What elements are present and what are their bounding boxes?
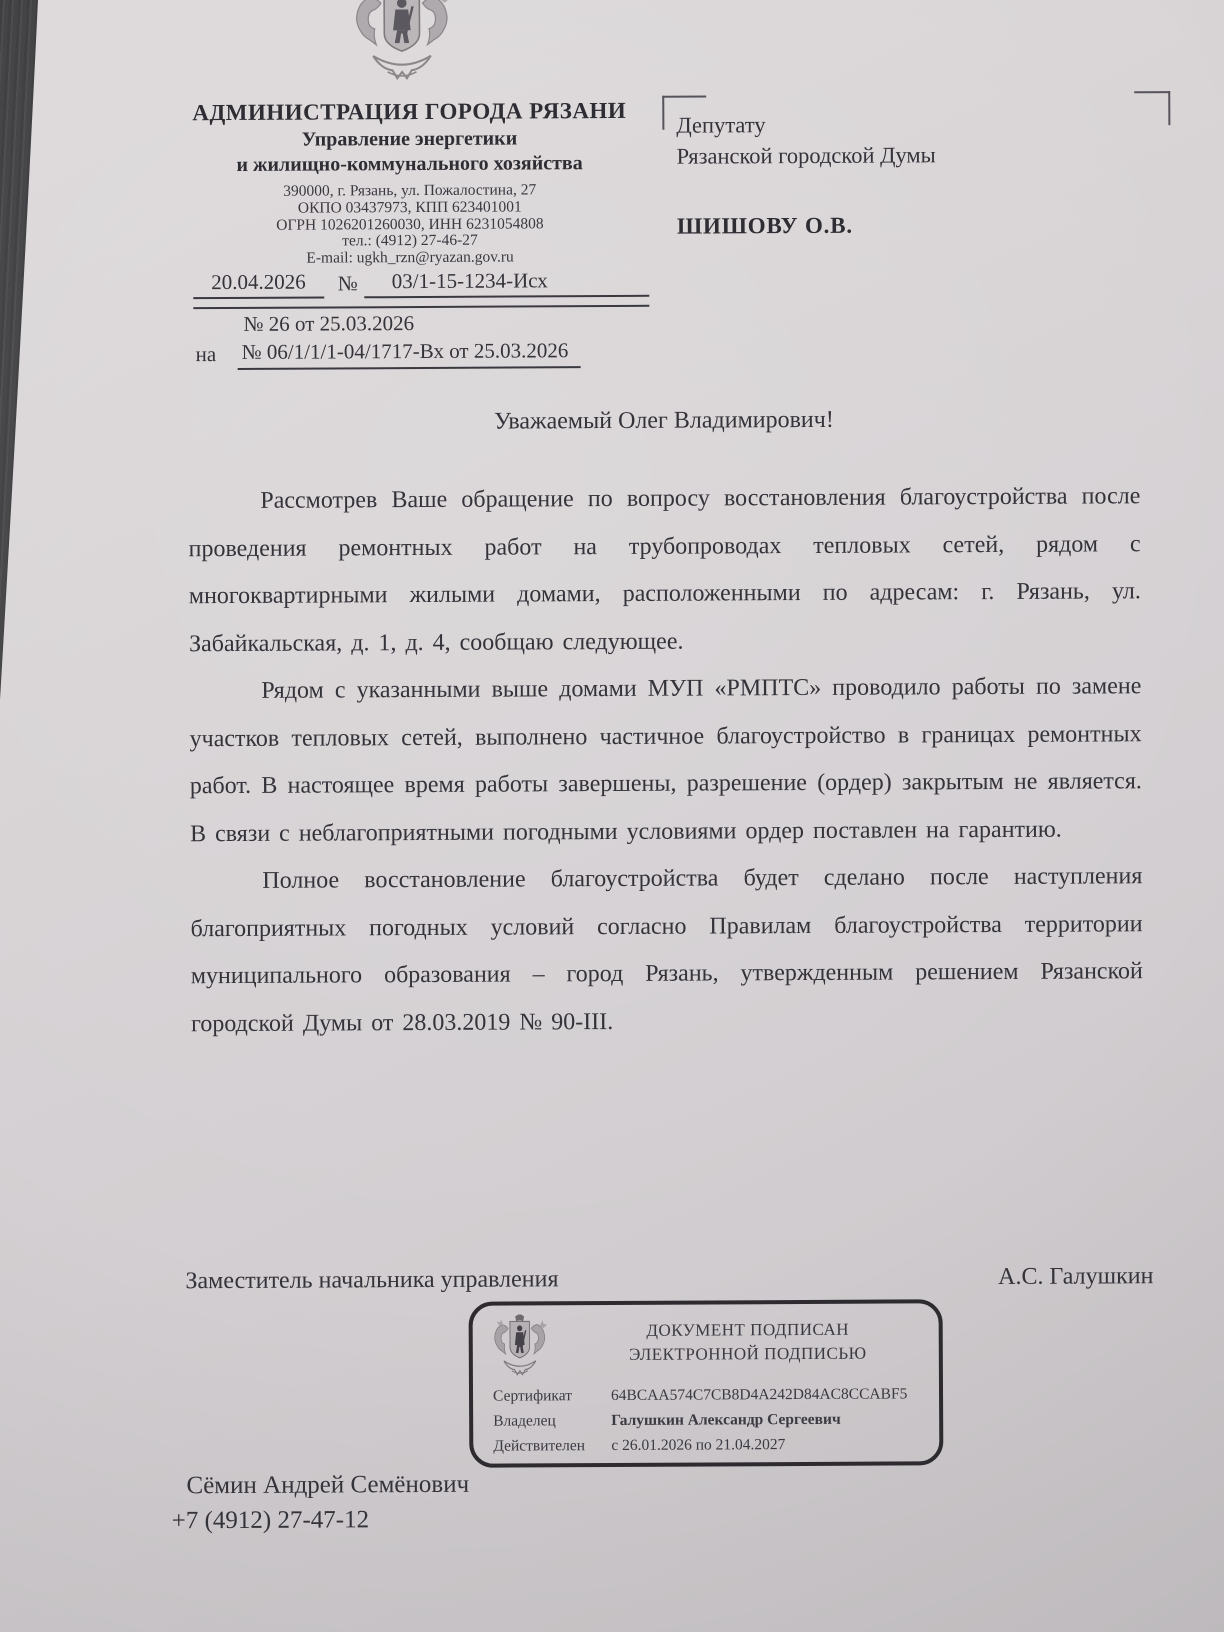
certificate-label: Сертификат (493, 1383, 611, 1409)
stamp-details: Сертификат 64BCAA574C7CB8D4A242D84AC8CCA… (493, 1381, 927, 1458)
reference-row-outgoing: 20.04.2026 № 03/1-15-1234-Исх (193, 268, 649, 299)
executor-phone: +7 (4912) 27-47-12 (172, 1502, 470, 1539)
recipient-block: Депутату Рязанской городской Думы ШИШОВУ… (676, 107, 1097, 239)
validity-value: с 26.01.2026 по 21.04.2027 (611, 1431, 927, 1458)
outgoing-number: 03/1-15-1234-Исх (364, 268, 650, 298)
recipient-name: ШИШОВУ О.В. (677, 211, 1097, 239)
org-name: АДМИНИСТРАЦИЯ ГОРОДА РЯЗАНИ (174, 98, 644, 126)
org-department-line2: и жилищно-коммунального хозяйства (175, 152, 645, 177)
stamp-owner-row: Владелец Галушкин Александр Сергеевич (493, 1406, 927, 1433)
paragraph-2: Рядом с указанными выше домами МУП «РМПТ… (189, 663, 1142, 858)
executor-name: Сёмин Андрей Семёнович (171, 1467, 469, 1504)
signature-row: Заместитель начальника управления А.С. Г… (185, 1263, 1153, 1295)
number-sign-label: № (324, 271, 364, 298)
salutation: Уважаемый Олег Владимирович! (188, 405, 1140, 437)
paragraph-3: Полное восстановление благоустройства бу… (190, 853, 1143, 1048)
stamp-validity-row: Действителен с 26.01.2026 по 21.04.2027 (493, 1431, 927, 1458)
stamp-heading-line2: ЭЛЕКТРОННОЙ ПОДПИСЬЮ (565, 1341, 931, 1367)
address-zone-corner-mark-right (1134, 91, 1170, 125)
signer-name: А.С. Галушкин (998, 1263, 1153, 1291)
stamp-heading-line1: ДОКУМЕНТ ПОДПИСАН (565, 1317, 931, 1343)
owner-label: Владелец (493, 1408, 611, 1434)
executor-contact-block: Сёмин Андрей Семёнович +7 (4912) 27-47-1… (171, 1467, 469, 1539)
org-email: E-mail: ugkh_rzn@ryazan.gov.ru (175, 249, 645, 268)
org-department-line1: Управление энергетики (174, 127, 644, 152)
reply-to-number: № 06/1/1/1-04/1717-Вх от 25.03.2026 (238, 338, 581, 370)
recipient-position: Депутату (676, 107, 1096, 140)
signer-title: Заместитель начальника управления (185, 1266, 558, 1295)
letter-content: АДМИНИСТРАЦИЯ ГОРОДА РЯЗАНИ Управление э… (0, 0, 1224, 1632)
certificate-value: 64BCAA574C7CB8D4A242D84AC8CCABF5 (611, 1381, 927, 1408)
letter-date: 20.04.2026 (193, 270, 324, 300)
org-contact-details: 390000, г. Рязань, ул. Пожалостина, 27 О… (175, 182, 645, 268)
reference-divider-line (193, 305, 649, 309)
stamp-certificate-row: Сертификат 64BCAA574C7CB8D4A242D84AC8CCA… (493, 1381, 927, 1408)
paragraph-1: Рассмотрев Ваше обращение по вопросу вос… (188, 473, 1141, 668)
reply-to-label: на (196, 342, 217, 367)
letter-body: Рассмотрев Ваше обращение по вопросу вос… (188, 473, 1143, 1048)
stamp-coat-of-arms-icon (489, 1313, 551, 1387)
recipient-organization: Рязанской городской Думы (676, 138, 1096, 171)
ryazan-coat-of-arms-icon (326, 0, 479, 99)
scanned-letter-photo: АДМИНИСТРАЦИЯ ГОРОДА РЯЗАНИ Управление э… (0, 0, 1224, 1632)
owner-value: Галушкин Александр Сергеевич (611, 1406, 927, 1433)
electronic-signature-stamp: ДОКУМЕНТ ПОДПИСАН ЭЛЕКТРОННОЙ ПОДПИСЬЮ С… (469, 1299, 944, 1467)
incoming-reference: № 26 от 25.03.2026 (243, 311, 414, 337)
validity-label: Действителен (493, 1433, 611, 1459)
stamp-heading: ДОКУМЕНТ ПОДПИСАН ЭЛЕКТРОННОЙ ПОДПИСЬЮ (565, 1317, 931, 1367)
